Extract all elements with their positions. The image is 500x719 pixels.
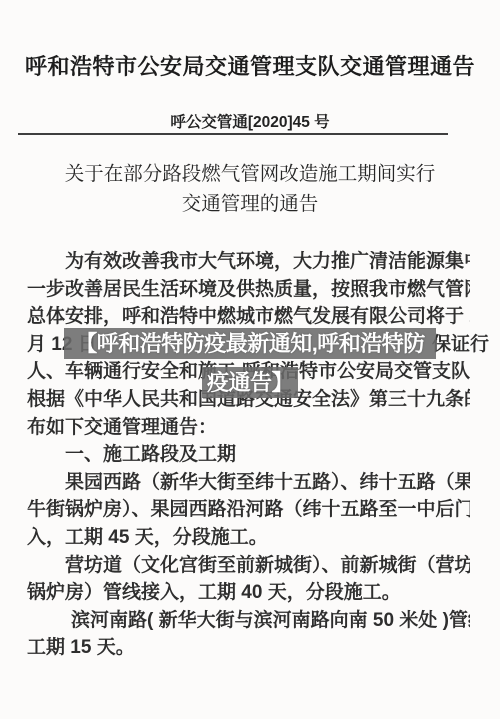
header-divider-rule	[18, 133, 448, 135]
body-line: 锅炉房）管线接入，工期 40 天，分段施工。	[27, 579, 470, 607]
notice-document-page: 呼和浩特市公安局交通管理支队交通管理通告 呼公交管通[2020]45 号 关于在…	[0, 0, 500, 719]
body-line: 工期 15 天。	[27, 634, 470, 662]
watermark-line2: 疫通告】	[202, 367, 298, 398]
body-line: 果园西路（新华大街至纬十五路）、纬十五路（果园西路至	[27, 469, 470, 497]
body-line: 一、施工路段及工期	[27, 441, 470, 469]
body-line: 营坊道（文化宫街至前新城街）、前新城街（营坊道至祥和	[27, 552, 470, 580]
body-line: 一步改善居民生活环境及供热质量，按照我市燃气管网改造工作	[27, 276, 470, 304]
body-line: 滨河南路( 新华大街与滨河南路向南 50 米处 )管线接入，	[27, 607, 470, 635]
watermark-banner: 【呼和浩特防疫最新通知,呼和浩特防 疫通告】	[64, 328, 436, 398]
document-number: 呼公交管通[2020]45 号	[0, 110, 500, 132]
document-title: 呼和浩特市公安局交通管理支队交通管理通告	[0, 50, 500, 81]
body-line: 为有效改善我市大气环境，大力推广清洁能源集中供热，进	[27, 248, 470, 276]
notice-heading-line2: 交通管理的通告	[0, 190, 500, 220]
body-line: 总体安排，呼和浩特中燃城市燃气发展有限公司将于 2020 年 8	[27, 303, 470, 331]
watermark-line1: 【呼和浩特防疫最新通知,呼和浩特防	[64, 328, 436, 359]
body-line-right-fragment: 保证行	[432, 331, 489, 359]
notice-heading: 关于在部分路段燃气管网改造施工期间实行 交通管理的通告	[0, 160, 500, 220]
body-line: 布如下交通管理通告：	[27, 414, 470, 442]
body-line: 牛街锅炉房）、果园西路沿河路（纬十五路至一中后门）管线接	[27, 496, 470, 524]
notice-heading-line1: 关于在部分路段燃气管网改造施工期间实行	[0, 160, 500, 190]
notice-body: 为有效改善我市大气环境，大力推广清洁能源集中供热，进一步改善居民生活环境及供热质…	[27, 248, 470, 662]
body-line: 入，工期 45 天，分段施工。	[27, 524, 470, 552]
